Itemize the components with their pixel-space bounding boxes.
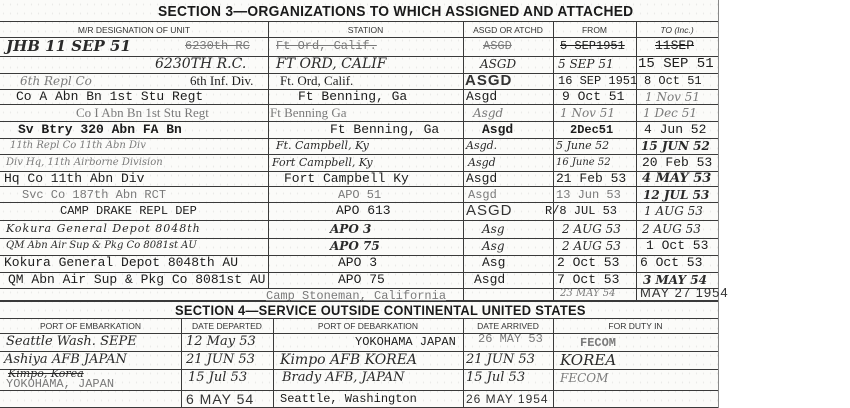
asgd-cell: Asgd	[466, 89, 497, 105]
asgd-cell: Asgd	[482, 122, 513, 138]
date-departed-cell: 12 May 53	[186, 334, 256, 350]
unit-cell: Div Hq, 11th Airborne Division	[6, 155, 163, 171]
to-cell: 11SEP	[655, 38, 694, 54]
station-cell: Ft Benning Ga	[270, 105, 347, 121]
date-departed-cell: 21 JUN 53	[186, 352, 255, 368]
station-cell: FT ORD, CALIF	[276, 56, 387, 72]
unit-cell: Co I Abn Bn 1st Stu Regt	[76, 105, 209, 121]
station-cell: APO 3	[338, 255, 377, 271]
asgd-cell: Asg	[482, 238, 505, 254]
unit-cell: Hq Co 11th Abn Div	[4, 171, 144, 187]
to-cell: 1 Oct 53	[646, 238, 708, 254]
to-cell: 15 JUN 52	[641, 138, 710, 154]
port-embarkation-cell-2: YOKOHAMA, JAPAN	[6, 376, 114, 392]
asgd-cell: Asgd	[474, 272, 505, 288]
column-divider	[463, 318, 464, 408]
from-cell: 2 AUG 53	[562, 238, 621, 254]
column-header-asgd: ASGD OR ATCHD	[463, 25, 553, 35]
port-debarkation-cell: YOKOHAMA JAPAN	[355, 334, 456, 350]
column-divider	[273, 318, 274, 408]
unit-cell: QM Abn Air Sup & Pkg Co 8081st AU	[8, 272, 265, 288]
date-arrived-cell-2: 26 MAY 1954	[466, 391, 549, 407]
from-cell: 2 Oct 53	[557, 255, 619, 271]
to-cell: 1 Dec 51	[643, 105, 697, 121]
duty-cell: KOREA	[560, 352, 616, 368]
column-divider	[181, 318, 182, 408]
station-cell: APO 75	[330, 238, 380, 254]
to-cell: 4 Jun 52	[644, 122, 706, 138]
unit-cell: Svc Co 187th Abn RCT	[22, 187, 166, 203]
divider	[0, 318, 718, 319]
port-debarkation-cell: Brady AFB, JAPAN	[282, 370, 404, 386]
initials-annotation: JHB 11 SEP 51	[6, 38, 131, 54]
station-cell: Ft. Campbell, Ky	[276, 138, 369, 154]
column-header-port-embarkation: PORT OF EMBARKATION	[0, 321, 181, 331]
asgd-cell: Asgd	[468, 155, 496, 171]
date-arrived-cell: 15 Jul 53	[466, 370, 525, 386]
port-debarkation-cell: Kimpo AFB KOREA	[280, 352, 417, 368]
station-cell: Ft Benning, Ga	[298, 89, 407, 105]
asgd-cell: ASGD	[465, 73, 512, 89]
section3-title: SECTION 3—ORGANIZATIONS TO WHICH ASSIGNE…	[158, 3, 633, 20]
asgd-cell: Asgd	[468, 187, 497, 203]
unit-cell: 11th Repl Co 11th Abn Div	[10, 138, 146, 154]
service-record-document: SECTION 3—ORGANIZATIONS TO WHICH ASSIGNE…	[0, 0, 719, 408]
from-cell: 5 SEP1951	[560, 38, 625, 54]
divider	[0, 21, 718, 22]
port-debarkation-cell-2: Seattle, Washington	[280, 391, 417, 407]
asgd-cell: ASGD	[480, 56, 516, 72]
to-cell: 1 Nov 51	[645, 89, 700, 105]
station-cell: APO 3	[330, 221, 371, 237]
column-divider	[636, 21, 637, 300]
date-arrived-cell: 26 MAY 53	[478, 331, 543, 347]
column-header-unit: M/R DESIGNATION OF UNIT	[0, 25, 268, 35]
from-cell: 2Dec51	[570, 122, 613, 138]
duty-cell: FECOM	[580, 335, 616, 351]
station-cell: APO 51	[338, 187, 381, 203]
to-cell: 12 JUL 53	[643, 187, 709, 203]
asgd-cell: ASGD	[483, 38, 512, 54]
unit-cell: 6230TH R.C.	[155, 56, 246, 72]
station-cell: Ft Benning, Ga	[330, 122, 439, 138]
date-arrived-cell: 21 JUN 53	[466, 352, 535, 368]
date-departed-cell: 15 Jul 53	[188, 370, 247, 386]
column-divider	[553, 318, 554, 408]
unit-cell: Sv Btry 320 Abn FA Bn	[18, 122, 182, 138]
from-cell: 23 MAY 54	[560, 286, 615, 302]
station-cell: Ft. Ord, Calif.	[280, 73, 353, 89]
station-cell: Fort Campbell, Ky	[272, 155, 373, 171]
asgd-cell: Asg	[482, 255, 505, 271]
to-cell: 1 AUG 53	[644, 203, 703, 219]
from-cell: 16 June 52	[556, 155, 611, 171]
asgd-cell: ASGD	[466, 203, 513, 219]
duty-cell: FECOM	[560, 370, 608, 386]
to-cell: MAY 27 1954	[640, 285, 729, 301]
unit-cell: Kokura General Depot 8048th	[6, 221, 201, 237]
to-cell: 2 AUG 53	[642, 221, 701, 237]
unit-cell: 6th Inf. Div.	[190, 73, 253, 89]
from-cell: 9 Oct 51	[562, 89, 624, 105]
column-divider	[553, 21, 554, 300]
asgd-cell: Asg	[482, 221, 505, 237]
unit-cell: 6230th RC	[185, 38, 250, 54]
column-header-to: TO (Inc.)	[636, 25, 718, 35]
port-embarkation-cell: Seattle Wash. SEPE	[6, 334, 137, 350]
column-divider	[463, 21, 464, 300]
station-cell: Fort Campbell Ky	[284, 171, 409, 187]
station-cell: APO 75	[338, 272, 385, 288]
column-header-from: FROM	[553, 25, 636, 35]
to-cell: 6 Oct 53	[640, 255, 702, 271]
from-cell: 1 Nov 51	[560, 105, 615, 121]
from-cell: 21 Feb 53	[556, 171, 626, 187]
section4-title: SECTION 4—SERVICE OUTSIDE CONTINENTAL UN…	[175, 302, 586, 318]
date-departed-cell-2: 6 MAY 54	[186, 391, 254, 407]
to-cell: 15 SEP 51	[638, 56, 714, 72]
unit-note: 6th Repl Co	[20, 73, 92, 89]
from-cell: 5 SEP 51	[558, 56, 614, 72]
column-header-station: STATION	[268, 25, 463, 35]
unit-cell: Co A Abn Bn 1st Stu Regt	[16, 89, 203, 105]
asgd-cell: Asgd.	[466, 138, 497, 154]
unit-cell: QM Abn Air Sup & Pkg Co 8081st AU	[6, 238, 197, 254]
column-divider	[268, 21, 269, 288]
from-cell: 13 Jun 53	[556, 187, 621, 203]
station-cell: Ft Ord, Calif.	[276, 38, 377, 54]
column-header-date-departed: DATE DEPARTED	[181, 321, 273, 331]
from-cell: 16 SEP 1951	[558, 73, 637, 89]
unit-cell: Kokura General Depot 8048th AU	[4, 255, 238, 271]
asgd-cell: Asgd	[473, 105, 503, 121]
to-cell: 20 Feb 53	[642, 155, 712, 171]
from-cell: 5 June 52	[556, 138, 609, 154]
station-cell: APO 613	[336, 203, 391, 219]
column-header-port-debarkation: PORT OF DEBARKATION	[273, 321, 463, 331]
column-header-date-arrived: DATE ARRIVED	[463, 321, 553, 331]
to-cell: 4 MAY 53	[642, 171, 711, 187]
from-cell: R/8 JUL 53	[545, 203, 617, 219]
asgd-cell: Asgd	[466, 171, 497, 187]
unit-cell: CAMP DRAKE REPL DEP	[60, 203, 197, 219]
from-cell: 2 AUG 53	[562, 221, 621, 237]
to-cell: 8 Oct 51	[644, 73, 702, 89]
column-header-duty: FOR DUTY IN	[553, 321, 718, 331]
